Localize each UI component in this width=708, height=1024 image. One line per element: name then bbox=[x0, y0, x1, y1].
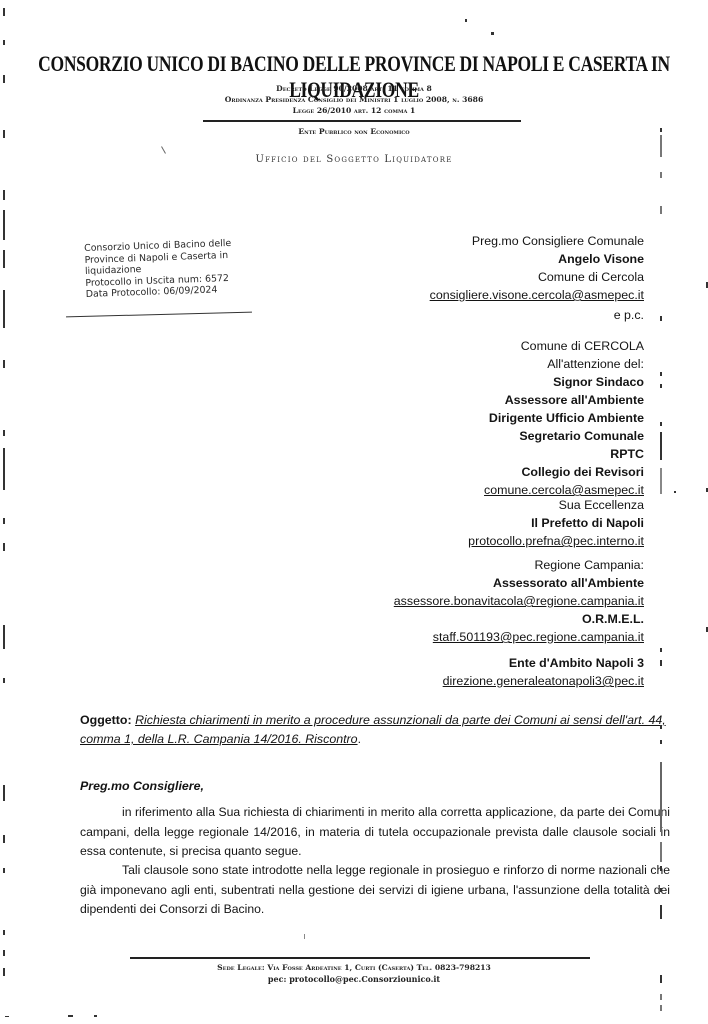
recipient-name: Angelo Visone bbox=[430, 250, 644, 268]
cc-role: Assessore all'Ambiente bbox=[484, 391, 644, 409]
scan-dot bbox=[674, 491, 676, 493]
scan-mark bbox=[660, 432, 662, 460]
scan-mark bbox=[660, 384, 662, 388]
scan-mark bbox=[3, 430, 5, 436]
cc-role: Dirigente Ufficio Ambiente bbox=[484, 409, 644, 427]
scan-mark bbox=[660, 172, 662, 178]
scan-mark bbox=[660, 762, 662, 832]
scan-mark bbox=[3, 190, 5, 200]
cc-email-link[interactable]: direzione.generaleatonapoli3@pec.it bbox=[443, 672, 644, 690]
cc-attention: All'attenzione del: bbox=[484, 355, 644, 373]
scan-mark bbox=[660, 660, 662, 666]
scan-mark bbox=[3, 8, 5, 16]
cc-entity: Sua Eccellenza bbox=[468, 496, 644, 514]
cc-role: Segretario Comunale bbox=[484, 427, 644, 445]
recipient-entity: Comune di Cercola bbox=[430, 268, 644, 286]
scan-mark bbox=[3, 448, 5, 490]
cc-email-link[interactable]: staff.501193@pec.regione.campania.it bbox=[394, 628, 644, 646]
footer-pec: pec: protocollo@pec.Consorziounico.it bbox=[0, 974, 708, 984]
subject-line: Oggetto: Richiesta chiarimenti in merito… bbox=[80, 711, 670, 749]
scan-mark bbox=[660, 1005, 662, 1011]
cc-label: e p.c. bbox=[614, 306, 644, 324]
recipient-title: Preg.mo Consigliere Comunale bbox=[430, 232, 644, 250]
footer-divider bbox=[130, 957, 590, 959]
scan-mark bbox=[3, 930, 5, 935]
scan-mark bbox=[3, 290, 5, 328]
legal-ref-2: Ordinanza Presidenza Consiglio dei Minis… bbox=[0, 95, 708, 104]
scan-mark bbox=[660, 316, 662, 321]
scan-mark bbox=[3, 40, 5, 45]
paragraph-text: Tali clausole sono state introdotte nell… bbox=[80, 863, 670, 916]
legal-ref-1: Decreto Legge 90/2008 art. 11 comma 8 bbox=[0, 84, 708, 93]
cc-email-link[interactable]: protocollo.prefna@pec.interno.it bbox=[468, 532, 644, 550]
scan-mark bbox=[3, 518, 5, 524]
scan-mark bbox=[660, 842, 662, 862]
scan-mark bbox=[3, 678, 5, 683]
scan-mark bbox=[3, 950, 5, 956]
cc-role: O.R.M.E.L. bbox=[394, 610, 644, 628]
subject-label: Oggetto: bbox=[80, 713, 132, 727]
scan-dot bbox=[465, 19, 467, 22]
scan-mark bbox=[660, 468, 662, 494]
cc-comune-cercola: Comune di CERCOLA All'attenzione del: Si… bbox=[484, 337, 644, 499]
scan-dot bbox=[304, 934, 305, 939]
cc-email-link[interactable]: assessore.bonavitacola@regione.campania.… bbox=[394, 592, 644, 610]
scan-mark bbox=[706, 282, 708, 288]
scan-dot bbox=[491, 32, 494, 35]
scan-mark bbox=[3, 785, 5, 801]
scan-dot bbox=[94, 1015, 97, 1017]
scan-mark bbox=[660, 135, 662, 157]
cc-prefetto: Sua Eccellenza Il Prefetto di Napoli pro… bbox=[468, 496, 644, 550]
scan-mark bbox=[660, 206, 662, 214]
scan-mark bbox=[660, 648, 662, 652]
scan-mark bbox=[3, 625, 5, 649]
scan-mark bbox=[660, 888, 662, 892]
primary-recipient: Preg.mo Consigliere Comunale Angelo Viso… bbox=[430, 232, 644, 304]
subject-period: . bbox=[358, 732, 361, 746]
scan-mark bbox=[660, 740, 662, 744]
scan-mark bbox=[3, 130, 5, 138]
scan-mark bbox=[3, 868, 5, 873]
body-paragraph-2: Tali clausole sono state introdotte nell… bbox=[80, 861, 670, 920]
cc-entity: Comune di CERCOLA bbox=[484, 337, 644, 355]
cc-role: RPTC bbox=[484, 445, 644, 463]
recipient-email-link[interactable]: consigliere.visone.cercola@asmepec.it bbox=[430, 286, 644, 304]
cc-entity: Regione Campania: bbox=[394, 556, 644, 574]
salutation: Preg.mo Consigliere, bbox=[80, 779, 204, 793]
scan-mark bbox=[706, 627, 708, 632]
scan-mark bbox=[3, 543, 5, 551]
cc-role: Signor Sindaco bbox=[484, 373, 644, 391]
scan-dot bbox=[161, 146, 166, 153]
scan-mark bbox=[660, 994, 662, 1000]
cc-regione-campania: Regione Campania: Assessorato all'Ambien… bbox=[394, 556, 644, 646]
scan-mark bbox=[3, 75, 5, 83]
cc-ente-ambito: Ente d'Ambito Napoli 3 direzione.general… bbox=[443, 654, 644, 690]
cc-role: Collegio dei Revisori bbox=[484, 463, 644, 481]
body-paragraph-1: in riferimento alla Sua richiesta di chi… bbox=[80, 803, 670, 862]
scan-mark bbox=[3, 250, 5, 268]
subject-text: Richiesta chiarimenti in merito a proced… bbox=[80, 713, 666, 746]
scan-mark bbox=[660, 725, 662, 729]
scan-mark bbox=[706, 488, 708, 492]
entity-type: Ente Pubblico non Economico bbox=[0, 127, 708, 136]
protocol-stamp: Consorzio Unico di Bacino delle Province… bbox=[84, 237, 266, 301]
stamp-underline bbox=[66, 312, 252, 318]
scan-mark bbox=[660, 422, 662, 426]
cc-role: Assessorato all'Ambiente bbox=[394, 574, 644, 592]
footer-address: Sede Legale: Via Fosse Ardeatine 1, Curt… bbox=[0, 963, 708, 972]
scan-mark bbox=[660, 866, 662, 871]
header-divider bbox=[203, 120, 521, 122]
scan-dot bbox=[5, 1016, 9, 1017]
scan-mark bbox=[3, 210, 5, 240]
scan-mark bbox=[660, 905, 662, 919]
scan-mark bbox=[3, 968, 5, 976]
scan-mark bbox=[660, 975, 662, 983]
scan-mark bbox=[660, 128, 662, 132]
legal-ref-3: Legge 26/2010 art. 12 comma 1 bbox=[0, 106, 708, 115]
scan-mark bbox=[660, 372, 662, 376]
office-title: Ufficio del Soggetto Liquidatore bbox=[0, 154, 708, 165]
scan-dot bbox=[68, 1015, 73, 1017]
cc-role: Ente d'Ambito Napoli 3 bbox=[443, 654, 644, 672]
scan-mark bbox=[3, 360, 5, 368]
scan-mark bbox=[3, 835, 5, 843]
cc-role: Il Prefetto di Napoli bbox=[468, 514, 644, 532]
paragraph-text: in riferimento alla Sua richiesta di chi… bbox=[80, 805, 670, 858]
